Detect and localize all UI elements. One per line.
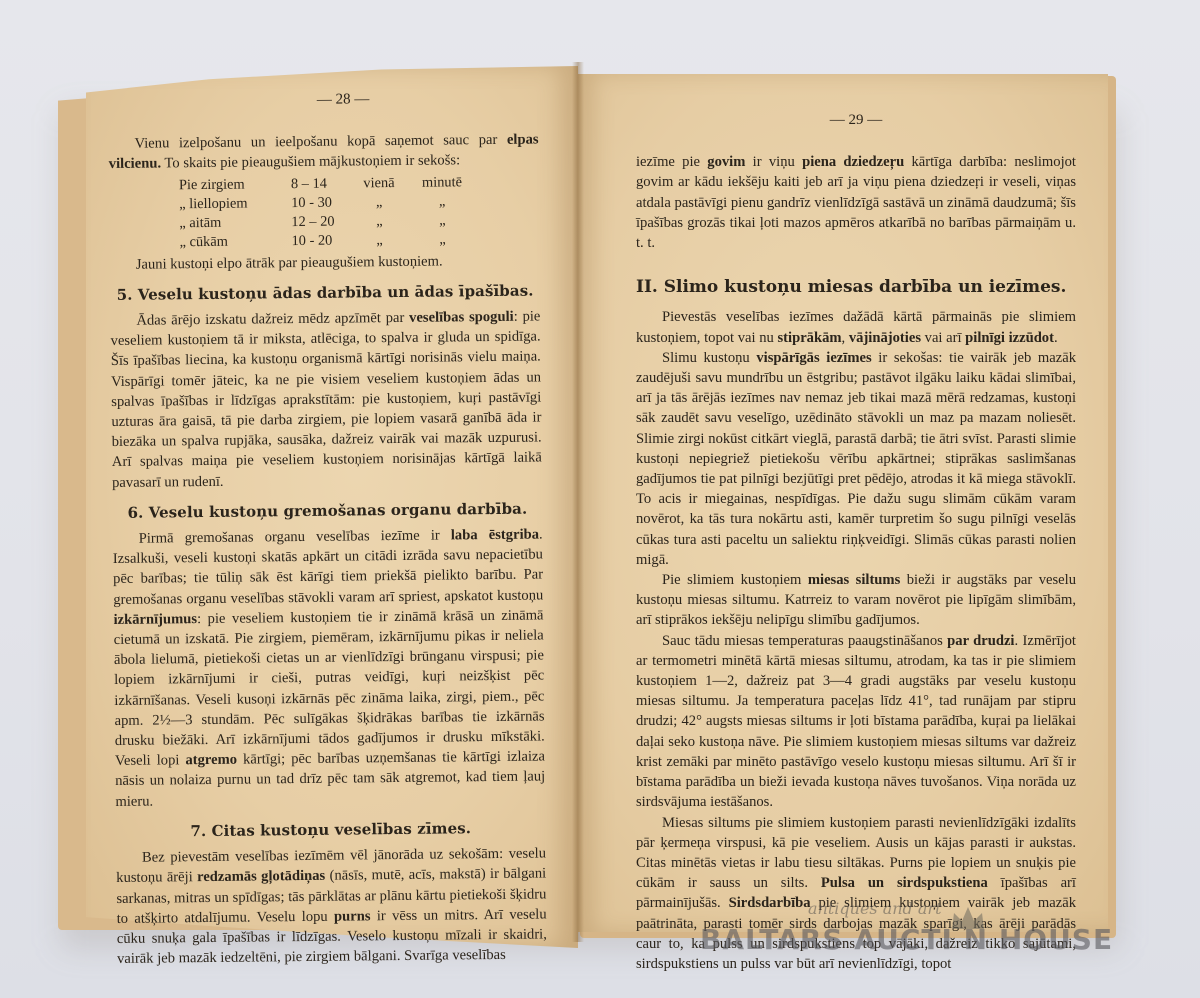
bold-term: purns <box>334 908 371 924</box>
animal-cell: „ aitām <box>179 213 291 233</box>
bold-term: Pulsa un sirdspukstiena <box>821 875 988 891</box>
chapter-2-paragraph-2: Slimu kustoņu vispārīgās iezīmes ir seko… <box>636 348 1076 570</box>
intro-text-2: To skaits pie pieaugušiem mājkustoņiem i… <box>161 153 460 172</box>
text: ir viņu <box>745 154 802 170</box>
text: iezīme pie <box>636 154 707 170</box>
animal-cell: „ liellopiem <box>179 194 291 214</box>
bold-term: stiprākām <box>777 330 841 346</box>
intro-text: Vienu izelpošanu un ieelpošanu kopā saņe… <box>134 132 497 152</box>
table-row: „ cūkām 10 - 20 „ „ <box>179 229 539 252</box>
section-5-paragraph: Ādas ārējo izskatu dažreiz mēdz apzīmēt … <box>110 307 542 493</box>
unit-cell: „ <box>351 230 407 250</box>
section-7-heading: 7. Citas kustoņu veselības zīmes. <box>116 817 546 842</box>
breathing-rate-table: Pie zirgiem 8 – 14 vienā minutē „ liello… <box>179 172 540 252</box>
unit-cell: „ <box>407 192 477 212</box>
page-number-right: — 29 — <box>636 110 1076 130</box>
animal-cell: Pie zirgiem <box>179 175 291 195</box>
section-5-heading: 5. Veselu kustoņu ādas darbība un ādas ī… <box>110 280 540 305</box>
text: Pie slimiem kustoņiem <box>662 572 808 588</box>
text: Pirmā gremošanas organu veselības iezīme… <box>139 527 451 546</box>
text: vai arī <box>921 330 965 346</box>
animal-cell: „ cūkām <box>179 232 291 252</box>
unit-cell: „ <box>407 211 477 231</box>
range-cell: 12 – 20 <box>291 212 351 232</box>
unit-cell: „ <box>351 211 407 231</box>
unit-cell: minutē <box>407 173 477 193</box>
bold-term: vispārīgās iezīmes <box>756 350 871 366</box>
text: . <box>1054 330 1058 346</box>
chapter-2-paragraph-3: Pie slimiem kustoņiem miesas siltums bie… <box>636 570 1076 631</box>
bold-term: atgremo <box>185 752 237 769</box>
chapter-2-paragraph-1: Pievestās veselības iezīmes dažādā kārtā… <box>636 307 1076 347</box>
text: Slimu kustoņu <box>662 350 756 366</box>
right-page-text: — 29 — iezīme pie govim ir viņu piena dz… <box>636 110 1076 974</box>
text: Ādas ārējo izskatu dažreiz mēdz apzīmēt … <box>136 310 409 329</box>
range-cell: 10 - 20 <box>291 231 351 251</box>
page-number-left: — 28 — <box>108 87 538 112</box>
young-animals-note: Jauni kustoņi elpo ātrāk par pieaugušiem… <box>110 250 540 275</box>
chapter-2-paragraph-5: Miesas siltums pie slimiem kustoņiem par… <box>636 813 1076 975</box>
bold-term: laba ēstgriba <box>451 527 539 544</box>
left-page-text: — 28 — Vienu izelpošanu un ieelpošanu ko… <box>108 87 547 969</box>
bold-term: izkārnījumus <box>113 611 197 628</box>
intro-paragraph: Vienu izelpošanu un ieelpošanu kopā saņe… <box>108 130 538 175</box>
book-gutter <box>572 62 584 942</box>
unit-cell: vienā <box>351 173 407 193</box>
section-7-paragraph: Bez pievestām veselības iezīmēm vēl jāno… <box>116 844 547 970</box>
bold-term: pilnīgi izzūdot <box>965 330 1054 346</box>
bold-term: govim <box>707 154 745 170</box>
section-6-heading: 6. Veselu kustoņu gremošanas organu darb… <box>112 498 542 523</box>
chapter-2-paragraph-4: Sauc tādu miesas temperaturas paaugstinā… <box>636 631 1076 813</box>
text: Sauc tādu miesas temperaturas paaugstinā… <box>662 633 947 649</box>
range-cell: 10 - 30 <box>291 193 351 213</box>
bold-term: piena dziedzeŗu <box>802 154 904 170</box>
continuation-paragraph: iezīme pie govim ir viņu piena dziedzeŗu… <box>636 152 1076 253</box>
text: ir sekošas: tie vairāk jeb mazāk zaudēju… <box>636 350 1076 568</box>
text: . Izmērījot ar termometri minētā kārtā m… <box>636 633 1076 811</box>
section-6-paragraph: Pirmā gremošanas organu veselības iezīme… <box>113 525 546 812</box>
bold-term: veselības spoguli <box>409 309 514 326</box>
bold-term: miesas siltums <box>808 572 900 588</box>
unit-cell: „ <box>351 192 407 212</box>
bold-term: redzamās gļotādiņas <box>197 868 325 885</box>
unit-cell: „ <box>407 230 477 250</box>
text: : pie veseliem kustoņiem tie ir zināmā k… <box>114 607 545 769</box>
text: , <box>842 330 849 346</box>
bold-term: par drudzi <box>947 633 1014 649</box>
bold-term: vājinājoties <box>849 330 921 346</box>
range-cell: 8 – 14 <box>291 174 351 194</box>
bold-term: Sirdsdarbība <box>729 895 811 911</box>
text: : pie veseliem kustoņiem tā ir miksta, a… <box>111 309 542 491</box>
chapter-2-heading: II. Slimo kustoņu miesas darbība un iezī… <box>636 277 1076 297</box>
